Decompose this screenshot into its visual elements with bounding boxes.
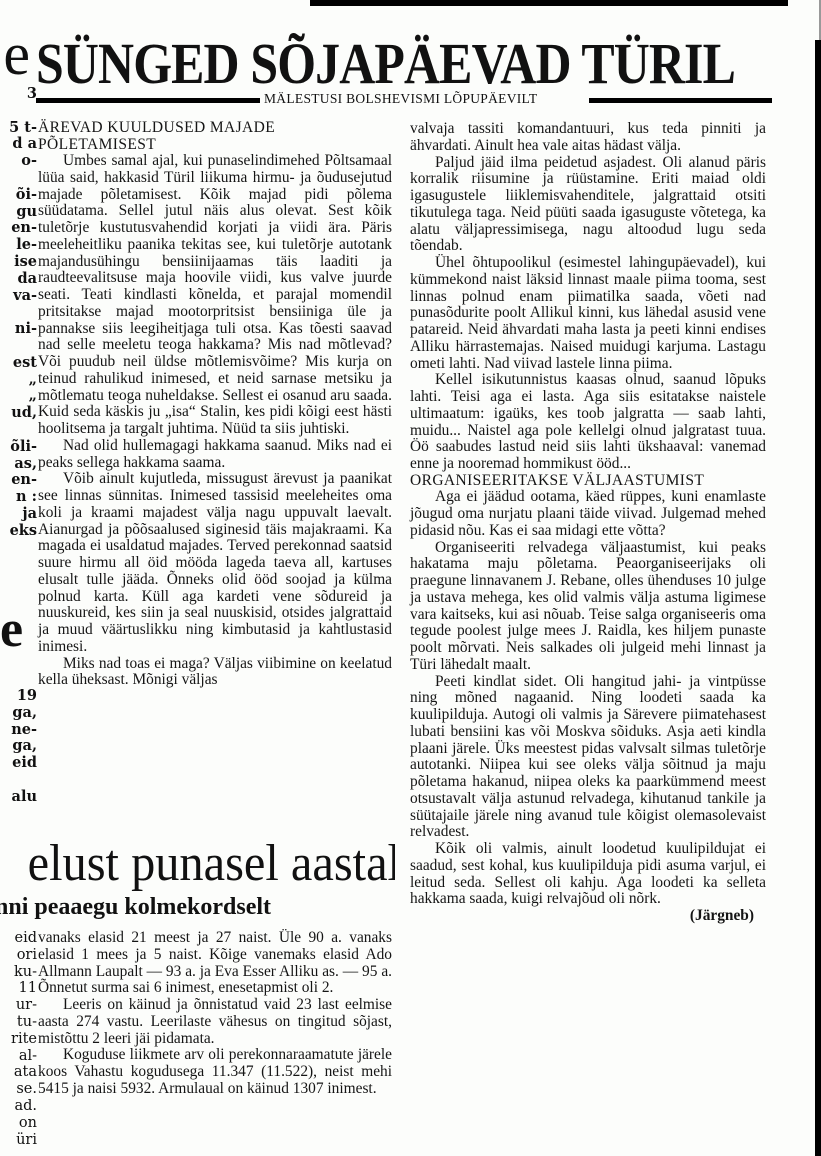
- paragraph: Nad olid hullemagagi hakkama saanud. Mik…: [38, 438, 392, 472]
- paragraph: Peeti kindlat sidet. Oli hangitud jahi- …: [410, 674, 766, 842]
- page-title: SÜNGED SÕJAPÄEVAD TÜRIL: [36, 34, 668, 94]
- subheadline: MÄLESTUSI BOLSHEVISMI LÕPUPÄEVILT: [264, 91, 537, 107]
- continued-note: (Järgneb): [410, 908, 766, 925]
- article-column-b: valvaja tassiti komandantuuri, kus teda …: [410, 121, 766, 925]
- paragraph: Miks nad toas ei maga? Väljas viibimine …: [38, 656, 392, 690]
- scan-edge-bar: [815, 40, 821, 1156]
- paragraph: Leeris on käinud ja õnnistatud vaid 23 l…: [38, 997, 392, 1047]
- paragraph: Aga ei jäädud ootama, käed rüppes, kuni …: [410, 489, 766, 539]
- second-article-subheadline-text: nni peaaegu kolmekordselt: [0, 893, 271, 921]
- second-article-headline: elust punasel aastal: [28, 836, 395, 892]
- paragraph: vanaks elasid 21 meest ja 27 naist. Üle …: [38, 930, 392, 997]
- paragraph: Organiseeriti relvadega väljaastumist, k…: [410, 540, 766, 674]
- fragment-big-letter-top: e: [0, 24, 30, 84]
- paragraph: Paljud jäid ilma peidetud asjadest. Oli …: [410, 155, 766, 256]
- article-column-a: ÄREVAD KUULDUSED MAJADE PÕLETAMISESTUmbe…: [38, 120, 392, 689]
- subheadline-rule-left: [36, 98, 260, 103]
- paragraph: valvaja tassiti komandantuuri, kus teda …: [410, 121, 766, 155]
- subheadline-rule-right: [589, 98, 772, 103]
- paragraph: Koguduse liikmete arv oli perekonnaraama…: [38, 1047, 392, 1097]
- subheadline-row: MÄLESTUSI BOLSHEVISMI LÕPUPÄEVILT: [36, 91, 771, 109]
- paragraph: Umbes samal ajal, kui punaselindimehed P…: [38, 153, 392, 438]
- paragraph: Võib ainult kujutleda, missugust ärevust…: [38, 471, 392, 655]
- paragraph: Kõik oli valmis, ainult loodetud kuulipi…: [410, 841, 766, 908]
- top-rule: [310, 0, 788, 6]
- fragment-big-letter-mid: e: [0, 604, 22, 656]
- second-article-column: vanaks elasid 21 meest ja 27 naist. Üle …: [38, 930, 392, 1098]
- left-column-fragment-mid: 19 ga, ne- ga, eid alu: [0, 688, 37, 806]
- section-heading: ÄREVAD KUULDUSED MAJADE PÕLETAMISEST: [38, 120, 392, 153]
- left-column-fragment-bottom: eid ori ku- 11 ur- tu- rite al- ata se. …: [0, 930, 37, 1148]
- left-column-fragment-top: 3 5 t- d a o- õi- gu en- le- ise da va- …: [0, 86, 37, 540]
- paragraph: Kellel isikutunnistus kaasas olnud, saan…: [410, 372, 766, 473]
- paragraph: Ühel õhtupoolikul (esimestel lahingupäev…: [410, 255, 766, 372]
- section-heading: ORGANISEERITAKSE VÄLJAASTUMIST: [410, 473, 766, 490]
- second-article-subheadline: nni peaaegu kolmekordselt: [0, 893, 395, 921]
